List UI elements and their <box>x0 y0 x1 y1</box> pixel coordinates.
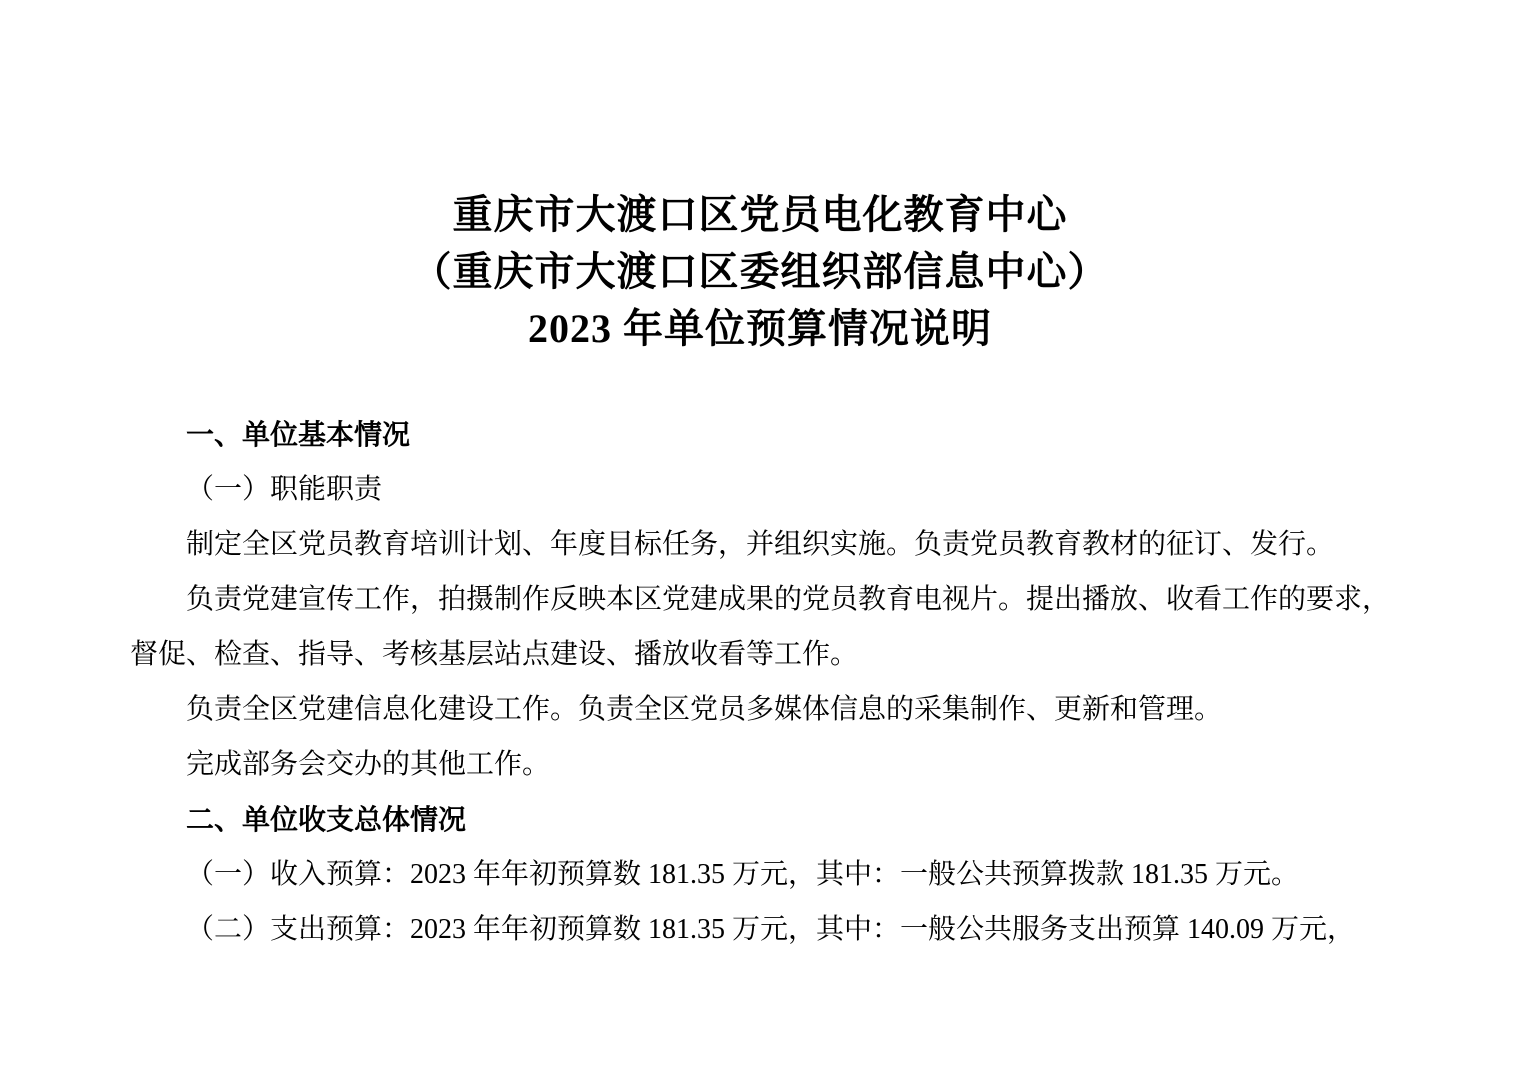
paragraph-other-tasks: 完成部务会交办的其他工作。 <box>130 737 1390 792</box>
title-line-1: 重庆市大渡口区党员电化教育中心 <box>130 186 1390 243</box>
document-content: 重庆市大渡口区党员电化教育中心 （重庆市大渡口区委组织部信息中心） 2023 年… <box>0 186 1520 957</box>
paragraph-informatization: 负责全区党建信息化建设工作。负责全区党员多媒体信息的采集制作、更新和管理。 <box>130 682 1390 737</box>
paragraph-expenditure-budget: （二）支出预算：2023 年年初预算数 181.35 万元，其中：一般公共服务支… <box>130 902 1390 957</box>
document-body: 一、单位基本情况 （一）职能职责 制定全区党员教育培训计划、年度目标任务，并组织… <box>130 407 1390 957</box>
section-heading-budget-overview: 二、单位收支总体情况 <box>130 792 1390 847</box>
paragraph-publicity-work: 负责党建宣传工作，拍摄制作反映本区党建成果的党员教育电视片。提出播放、收看工作的… <box>130 572 1390 682</box>
document-page: 重庆市大渡口区党员电化教育中心 （重庆市大渡口区委组织部信息中心） 2023 年… <box>0 0 1520 1074</box>
section-heading-basic-info: 一、单位基本情况 <box>130 407 1390 462</box>
title-line-2: （重庆市大渡口区委组织部信息中心） <box>130 243 1390 300</box>
document-title: 重庆市大渡口区党员电化教育中心 （重庆市大渡口区委组织部信息中心） 2023 年… <box>130 186 1390 357</box>
subheading-duties: （一）职能职责 <box>130 462 1390 517</box>
paragraph-income-budget: （一）收入预算：2023 年年初预算数 181.35 万元，其中：一般公共预算拨… <box>130 847 1390 902</box>
paragraph-training-plan: 制定全区党员教育培训计划、年度目标任务，并组织实施。负责党员教育教材的征订、发行… <box>130 517 1390 572</box>
title-line-3: 2023 年单位预算情况说明 <box>130 300 1390 357</box>
